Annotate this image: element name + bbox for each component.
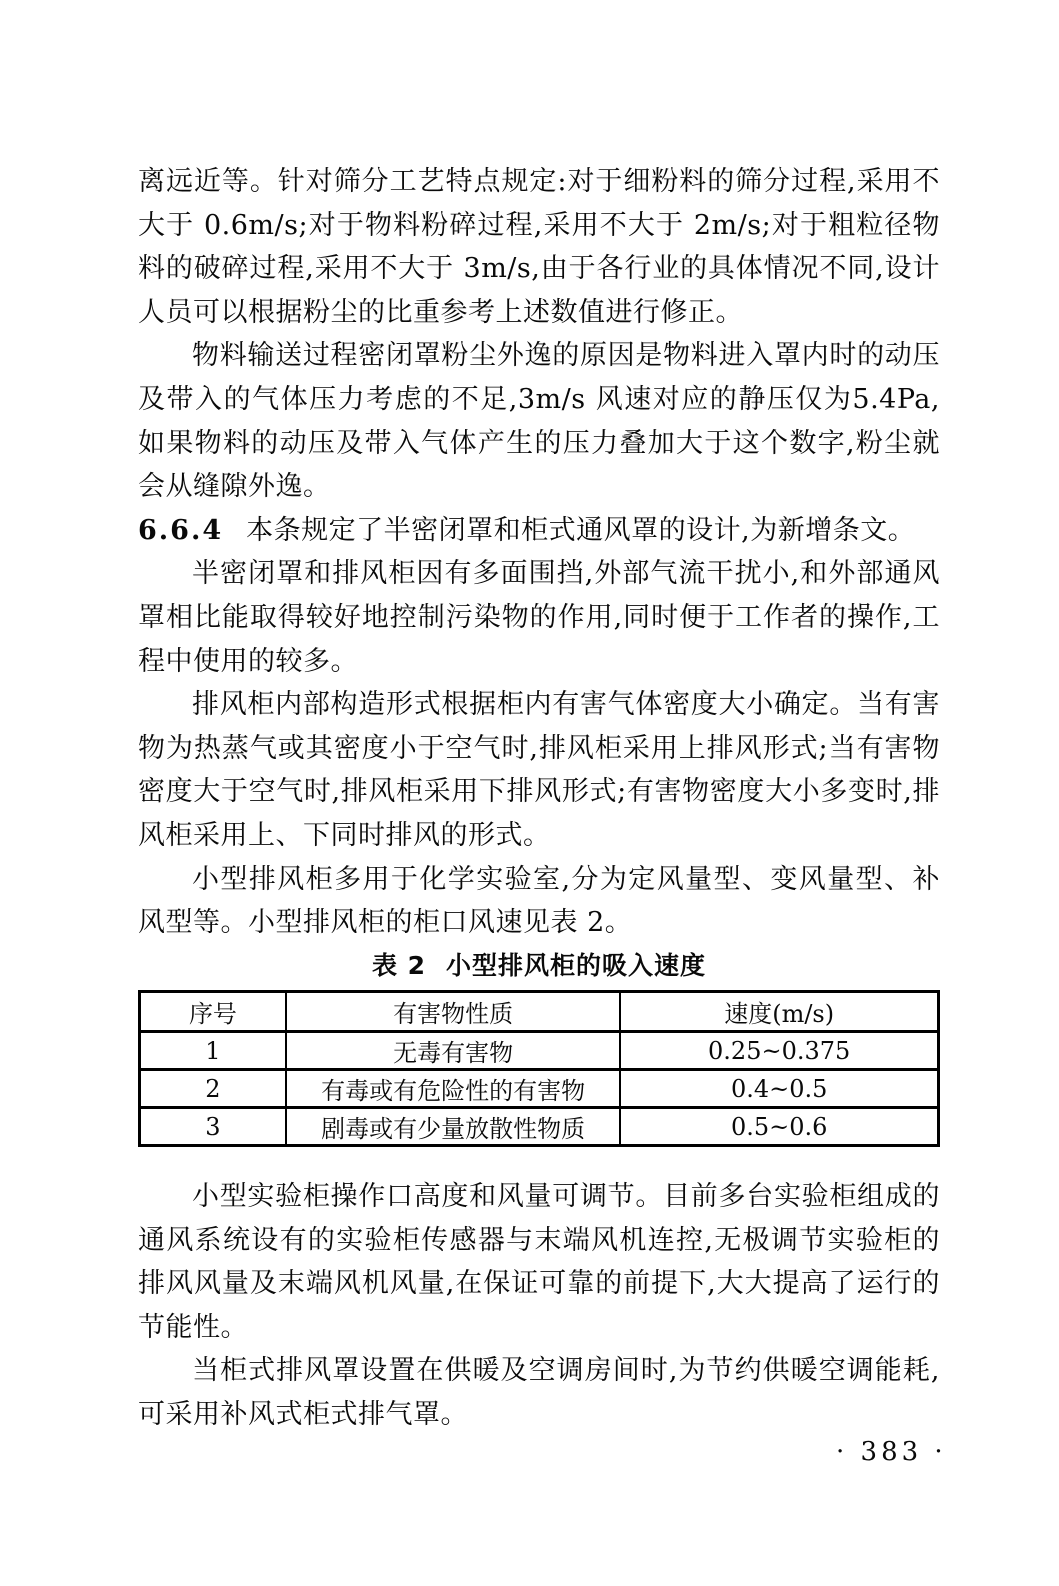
table-header-row: 序号 有害物性质 速度(m/s) bbox=[140, 992, 939, 1032]
cell-index: 2 bbox=[140, 1070, 286, 1108]
cell-speed: 0.5~0.6 bbox=[620, 1108, 938, 1146]
header-cell-property: 有害物性质 bbox=[286, 992, 620, 1032]
body-text-upper: 离远近等。针对筛分工艺特点规定:对于细粉料的筛分过程,采用不大于 0.6m/s;… bbox=[138, 160, 940, 945]
header-cell-speed: 速度(m/s) bbox=[620, 992, 938, 1032]
cell-property: 无毒有害物 bbox=[286, 1032, 620, 1070]
table-caption-label: 表 2 bbox=[372, 951, 426, 980]
paragraph-lab-cabinet: 小型实验柜操作口高度和风量可调节。目前多台实验柜组成的通风系统设有的实验柜传感器… bbox=[138, 1175, 940, 1349]
table-2-intake-speed: 序号 有害物性质 速度(m/s) 1 无毒有害物 0.25~0.375 2 有毒… bbox=[138, 990, 940, 1147]
paragraph-cabinet-structure: 排风柜内部构造形式根据柜内有害气体密度大小确定。当有害物为热蒸气或其密度小于空气… bbox=[138, 683, 940, 857]
table-row: 2 有毒或有危险性的有害物 0.4~0.5 bbox=[140, 1070, 939, 1108]
cell-index: 1 bbox=[140, 1032, 286, 1070]
body-text-lower: 小型实验柜操作口高度和风量可调节。目前多台实验柜组成的通风系统设有的实验柜传感器… bbox=[138, 1175, 940, 1437]
table-caption-title: 小型排风柜的吸入速度 bbox=[446, 951, 706, 980]
cell-speed: 0.25~0.375 bbox=[620, 1032, 938, 1070]
paragraph-semi-enclosed-hood: 半密闭罩和排风柜因有多面围挡,外部气流干扰小,和外部通风罩相比能取得较好地控制污… bbox=[138, 552, 940, 683]
table-body: 1 无毒有害物 0.25~0.375 2 有毒或有危险性的有害物 0.4~0.5… bbox=[140, 1032, 939, 1146]
header-cell-index: 序号 bbox=[140, 992, 286, 1032]
cell-property: 剧毒或有少量放散性物质 bbox=[286, 1108, 620, 1146]
page-number: · 383 · bbox=[836, 1437, 946, 1467]
table-row: 3 剧毒或有少量放散性物质 0.5~0.6 bbox=[140, 1108, 939, 1146]
paragraph-continuation: 离远近等。针对筛分工艺特点规定:对于细粉料的筛分过程,采用不大于 0.6m/s;… bbox=[138, 160, 940, 334]
table-header: 序号 有害物性质 速度(m/s) bbox=[140, 992, 939, 1032]
section-text: 本条规定了半密闭罩和柜式通风罩的设计,为新增条文。 bbox=[246, 515, 915, 546]
paragraph-cabinet-hood: 当柜式排风罩设置在供暖及空调房间时,为节约供暖空调能耗,可采用补风式柜式排气罩。 bbox=[138, 1349, 940, 1436]
section-number: 6.6.4 bbox=[138, 515, 223, 546]
paragraph-material-transport: 物料输送过程密闭罩粉尘外逸的原因是物料进入罩内时的动压及带入的气体压力考虑的不足… bbox=[138, 334, 940, 508]
cell-speed: 0.4~0.5 bbox=[620, 1070, 938, 1108]
paragraph-small-cabinet: 小型排风柜多用于化学实验室,分为定风量型、变风量型、补风型等。小型排风柜的柜口风… bbox=[138, 858, 940, 945]
cell-property: 有毒或有危险性的有害物 bbox=[286, 1070, 620, 1108]
section-6-6-4: 6.6.4本条规定了半密闭罩和柜式通风罩的设计,为新增条文。 bbox=[138, 509, 940, 553]
cell-index: 3 bbox=[140, 1108, 286, 1146]
document-page: 离远近等。针对筛分工艺特点规定:对于细粉料的筛分过程,采用不大于 0.6m/s;… bbox=[0, 0, 1059, 1586]
table-row: 1 无毒有害物 0.25~0.375 bbox=[140, 1032, 939, 1070]
table-2-caption: 表 2小型排风柜的吸入速度 bbox=[138, 946, 940, 982]
